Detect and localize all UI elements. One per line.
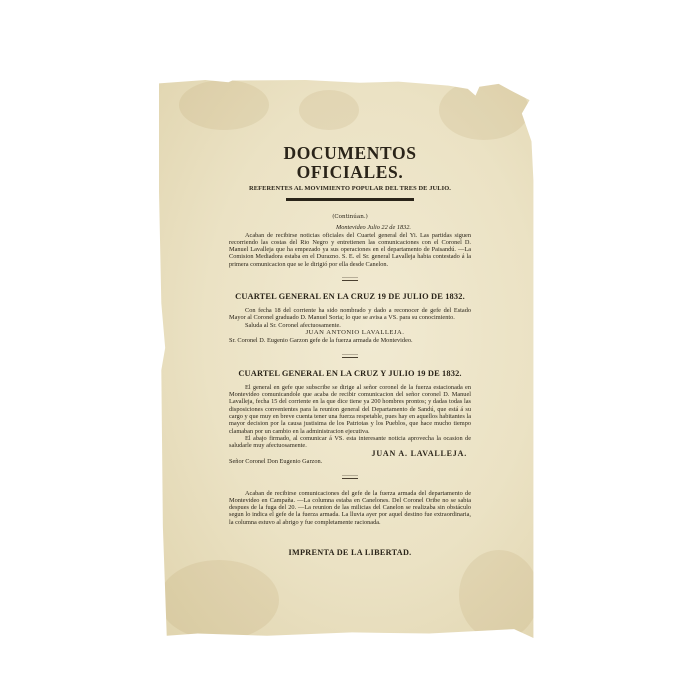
paragraph: Saluda al Sr. Coronel afectuosamente. bbox=[229, 322, 471, 329]
paper-stain bbox=[439, 80, 529, 140]
section-3: CUARTEL GENERAL EN LA CRUZ Y JULIO 19 DE… bbox=[229, 369, 471, 466]
paper-stain bbox=[179, 80, 269, 130]
section-separator bbox=[342, 478, 358, 479]
section-2: CUARTEL GENERAL EN LA CRUZ 19 DE JULIO D… bbox=[229, 292, 471, 345]
document-subtitle: REFERENTES AL MOVIMIENTO POPULAR DEL TRE… bbox=[229, 184, 471, 193]
section-heading: CUARTEL GENERAL EN LA CRUZ Y JULIO 19 DE… bbox=[229, 369, 471, 379]
section-1: Montevideo Julio 22 de 1832. Acaban de r… bbox=[229, 224, 471, 268]
section-separator bbox=[342, 357, 358, 358]
document-title: DOCUMENTOS OFICIALES. bbox=[229, 144, 471, 182]
signature: JUAN ANTONIO LAVALLEJA. bbox=[229, 329, 471, 337]
addressee: Sr. Coronel D. Eugenio Garzon gefe de la… bbox=[229, 337, 471, 345]
continued-note: (Continúan.) bbox=[229, 213, 471, 221]
paper-stain bbox=[299, 90, 359, 130]
paper-stain bbox=[159, 560, 279, 640]
section-heading: CUARTEL GENERAL EN LA CRUZ 19 DE JULIO D… bbox=[229, 292, 471, 302]
paragraph: Acaban de recibirse noticias oficiales d… bbox=[229, 232, 471, 268]
paragraph: Con fecha 18 del corriente ha sido nombr… bbox=[229, 307, 471, 322]
paragraph: Acaban de recibirse comunicaciones del g… bbox=[229, 490, 471, 526]
paragraph: El general en gefe que subscribe se diri… bbox=[229, 384, 471, 435]
addressee: Señor Coronel Don Eugenio Garzon. bbox=[229, 458, 471, 466]
section-4: Acaban de recibirse comunicaciones del g… bbox=[229, 490, 471, 526]
printer-imprint: IMPRENTA DE LA LIBERTAD. bbox=[229, 548, 471, 557]
signature: JUAN A. LAVALLEJA. bbox=[229, 450, 471, 458]
paragraph: El abajo firmado, al comunicar á VS. est… bbox=[229, 435, 471, 450]
section-separator bbox=[342, 280, 358, 281]
dateline: Montevideo Julio 22 de 1832. bbox=[229, 224, 471, 232]
document-body: DOCUMENTOS OFICIALES. REFERENTES AL MOVI… bbox=[229, 144, 471, 557]
title-rule bbox=[286, 198, 414, 201]
paper-stain bbox=[459, 550, 539, 640]
